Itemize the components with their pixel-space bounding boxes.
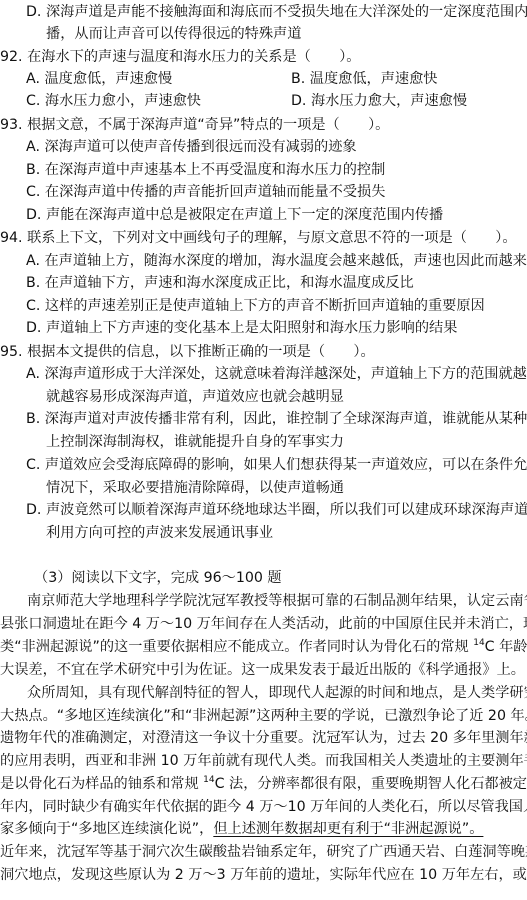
q94-option-c: C. 这样的声速差别正是使声道轴上下方的声音不断折回声道轴的重要原因 — [26, 296, 485, 316]
q93-option-a: A. 深海声道可以使声音传播到很远而没有减弱的迹象 — [26, 137, 357, 157]
q95-option-c-cont: 情况下，采取必要措施清除障碍，以使声道畅通 — [46, 478, 344, 498]
paragraph-line: 年内，同时缺少有确实年代依据的距今 4 万～10 万年间的人类化石，所以尽管我国… — [0, 797, 527, 817]
section3-heading: （3）阅读以下文字，完成 96～100 题 — [34, 568, 282, 588]
text-segment: 类“非洲起源说”的这一重要依据相应不能成立。作者同时认为骨化石的常规 — [0, 639, 473, 655]
q94-stem: 94. 联系上下文，下列对文中画线句子的理解，与原文意思不符的一项是（ ）。 — [0, 228, 517, 248]
q95-option-c: C. 声道效应会受海底障碍的影响，如果人们想获得某一声道效应，可以在条件允许的 — [26, 455, 527, 475]
text-segment: C 法，分辨率都很有限，重要晚期智人化石都被定在 3 万 — [215, 776, 527, 792]
paragraph-line: 遗物年代的准确测定，对澄清这一争议十分重要。沈冠军认为，过去 20 多年里测年新… — [0, 728, 527, 748]
q91-option-d-cont: 播，从而让声音可以传得很远的特殊声道 — [46, 24, 301, 44]
superscript-14: 14 — [203, 775, 214, 785]
q95-option-d-cont: 利用方向可控的声波来发展通讯事业 — [46, 523, 273, 543]
q95-option-a-cont: 就越容易形成深海声道，声道效应也就会越明显 — [46, 387, 344, 407]
q92-option-c: C. 海水压力愈小，声速愈快 — [26, 91, 201, 111]
text-segment: 是以骨化石为样品的铀系和常规 — [0, 776, 203, 792]
q95-option-b: B. 深海声道对声波传播非常有利，因此，谁控制了全球深海声道，谁就能从某种程度 — [26, 409, 527, 429]
q93-option-b: B. 在深海声道中声速基本上不再受温度和海水压力的控制 — [26, 160, 385, 180]
paragraph-line: 近年来，沈冠军等基于洞穴次生碳酸盐岩铀系定年，研究了广西通天岩、白莲洞等晚期智人 — [0, 842, 527, 862]
paragraph-line: 大热点。“多地区连续演化”和“非洲起源”这两种主要的学说，已激烈争论了近 20 … — [0, 706, 527, 726]
paragraph-line: 是以骨化石为样品的铀系和常规 14C 法，分辨率都很有限，重要晚期智人化石都被定… — [0, 774, 527, 794]
q92-stem: 92. 在海水下的声速与温度和海水压力的关系是（ ）。 — [0, 47, 360, 67]
q93-stem: 93. 根据文意，不属于深海声道“奇异”特点的一项是（ ）。 — [0, 115, 389, 135]
q95-option-b-cont: 上控制深海制海权，谁就能提升自身的军事实力 — [46, 432, 344, 452]
paragraph-line: 家多倾向于“多地区连续演化说”，但上述测年数据却更有利于“非洲起源说”。 — [0, 819, 527, 839]
paragraph-line: 众所周知，具有现代解剖特征的智人，即现代人起源的时间和地点，是人类学研究的一 — [27, 683, 527, 703]
text-segment: 家多倾向于“多地区连续演化说”， — [0, 821, 213, 837]
q92-option-d: D. 海水压力愈大，声速愈慢 — [291, 91, 467, 111]
q94-option-b: B. 在声道轴下方，声速和海水深度成正比，和海水温度成反比 — [26, 273, 414, 293]
q95-option-d: D. 声波竟然可以顺着深海声道环绕地球达半圈，所以我们可以建成环球深海声道，并 — [26, 500, 527, 520]
q92-option-b: B. 温度愈低，声速愈快 — [291, 69, 437, 89]
q95-option-a: A. 深海声道形成于大洋深处，这就意味着海洋越深处，声道轴上下方的范围就越大， — [26, 364, 527, 384]
paragraph-line: 的应用表明，西亚和非洲 10 万年前就有现代人类。而我国相关人类遗址的主要测年手… — [0, 751, 527, 771]
paragraph-line: 洞穴地点，发现这些原认为 2 万～3 万年前的遗址，实际年代应在 10 万年左右… — [0, 865, 527, 885]
underlined-sentence: 但上述测年数据却更有利于“非洲起源说”。 — [213, 821, 483, 837]
paragraph-line: 类“非洲起源说”的这一重要依据相应不能成立。作者同时认为骨化石的常规 14C 年… — [0, 637, 527, 657]
paragraph-line: 县张口洞遗址在距今 4 万～10 万年间存在人类活动，此前的中国原住民并未消亡，… — [0, 614, 527, 634]
q94-option-d: D. 声道轴上下方声速的变化基本上是太阳照射和海水压力影响的结果 — [26, 318, 457, 338]
paragraph-line: 南京师范大学地理科学学院沈冠军教授等根据可靠的石制品测年结果，认定云南省宜良 — [27, 591, 527, 611]
q93-option-c: C. 在深海声道中传播的声音能折回声道轴而能量不受损失 — [26, 182, 385, 202]
paragraph-line: 大误差，不宜在学术研究中引为佐证。这一成果发表于最近出版的《科学通报》上。 — [0, 660, 527, 680]
text-segment: C 年龄存在较 — [485, 639, 527, 655]
q95-stem: 95. 根据本文提供的信息，以下推断正确的一项是（ ）。 — [0, 342, 375, 362]
q91-option-d: D. 深海声道是声能不接触海面和海底而不受损失地在大洋深处的一定深度范围内传 — [26, 2, 527, 22]
q93-option-d: D. 声能在深海声道中总是被限定在声道上下一定的深度范围内传播 — [26, 205, 443, 225]
q94-option-a: A. 在声道轴上方，随海水深度的增加，海水温度会越来越低，声速也因此而越来越慢 — [26, 251, 527, 271]
q92-option-a: A. 温度愈低，声速愈慢 — [26, 69, 172, 89]
superscript-14: 14 — [473, 638, 484, 648]
